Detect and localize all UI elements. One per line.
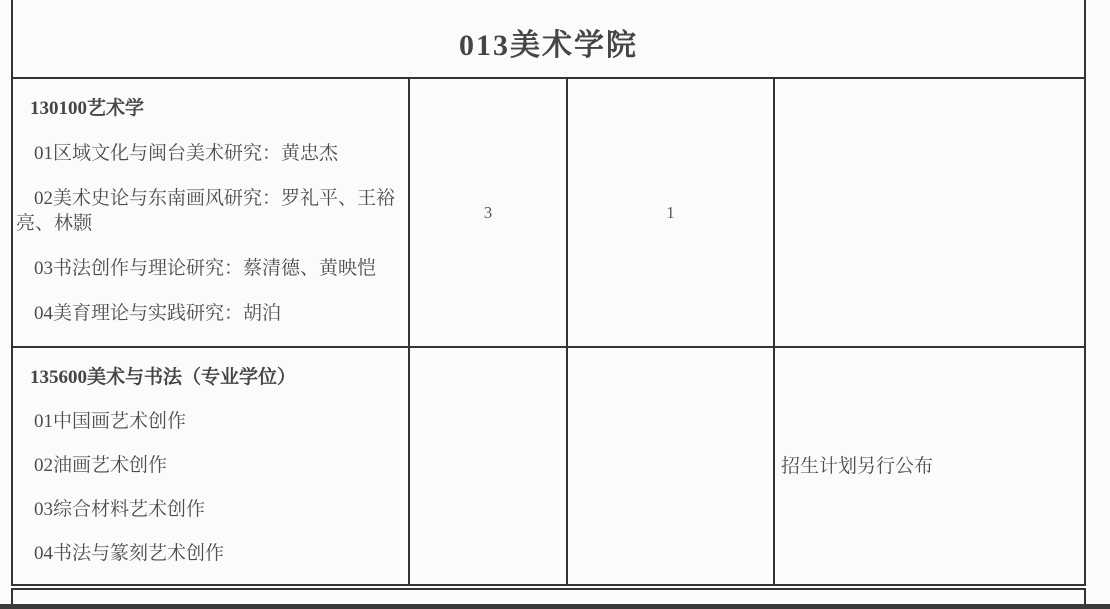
col2-cell: 3 (410, 79, 568, 348)
remarks-cell (775, 79, 1086, 348)
program-cell: 135600美术与书法（专业学位） 01中国画艺术创作 02油画艺术创作 03综… (11, 348, 410, 586)
table-header-row: 013美术学院 (11, 0, 1086, 79)
program-row-135600: 135600美术与书法（专业学位） 01中国画艺术创作 02油画艺术创作 03综… (11, 348, 1086, 586)
program-code: 130100艺术学 (16, 96, 400, 121)
direction-line: 03综合材料艺术创作 (16, 497, 400, 522)
direction-line: 04书法与篆刻艺术创作 (16, 541, 400, 566)
col2-value: 3 (484, 200, 493, 225)
admissions-table: 013美术学院 130100艺术学 01区域文化与闽台美术研究：黄忠杰 02美术… (11, 0, 1086, 586)
college-title: 013美术学院 (459, 14, 638, 64)
col2-cell (410, 348, 568, 586)
direction-line: 01中国画艺术创作 (16, 409, 400, 434)
direction-line: 03书法创作与理论研究：蔡清德、黄映恺 (16, 256, 400, 281)
program-cell: 130100艺术学 01区域文化与闽台美术研究：黄忠杰 02美术史论与东南画风研… (11, 79, 410, 348)
program-code: 135600美术与书法（专业学位） (16, 365, 400, 390)
remarks-text: 招生计划另行公布 (781, 454, 933, 479)
direction-line: 02油画艺术创作 (16, 453, 400, 478)
direction-line: 01区域文化与闽台美术研究：黄忠杰 (16, 141, 400, 166)
remarks-cell: 招生计划另行公布 (775, 348, 1086, 586)
bottom-edge-bar (0, 604, 1110, 609)
direction-line: 04美育理论与实践研究：胡泊 (16, 301, 400, 326)
direction-line: 02美术史论与东南画风研究：罗礼平、王裕亮、林颢 (16, 186, 400, 236)
program-row-130100: 130100艺术学 01区域文化与闽台美术研究：黄忠杰 02美术史论与东南画风研… (11, 79, 1086, 348)
col3-value: 1 (666, 200, 675, 225)
col3-cell: 1 (568, 79, 775, 348)
document-page: 013美术学院 130100艺术学 01区域文化与闽台美术研究：黄忠杰 02美术… (0, 0, 1110, 609)
col3-cell (568, 348, 775, 586)
